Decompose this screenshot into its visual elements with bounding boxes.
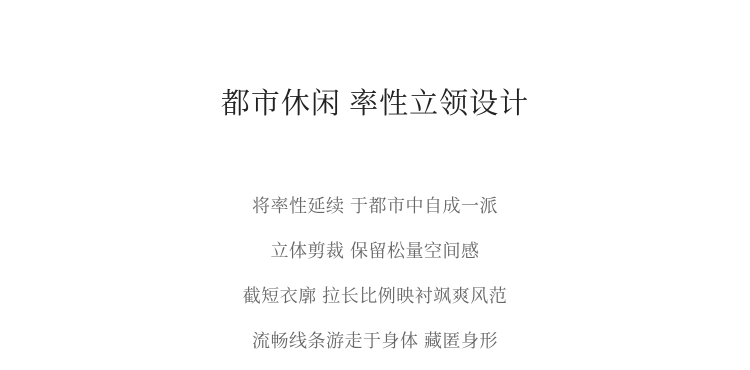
product-description-banner: 都市休闲 率性立领设计 将率性延续 于都市中自成一派 立体剪裁 保留松量空间感 … <box>0 0 750 370</box>
banner-title: 都市休闲 率性立领设计 <box>0 86 750 122</box>
description-line-1: 将率性延续 于都市中自成一派 <box>0 184 750 229</box>
description-line-2: 立体剪裁 保留松量空间感 <box>0 229 750 274</box>
description-line-3: 截短衣廓 拉长比例映衬飒爽风范 <box>0 274 750 319</box>
banner-description: 将率性延续 于都市中自成一派 立体剪裁 保留松量空间感 截短衣廓 拉长比例映衬飒… <box>0 184 750 364</box>
description-line-4: 流畅线条游走于身体 藏匿身形 <box>0 319 750 364</box>
